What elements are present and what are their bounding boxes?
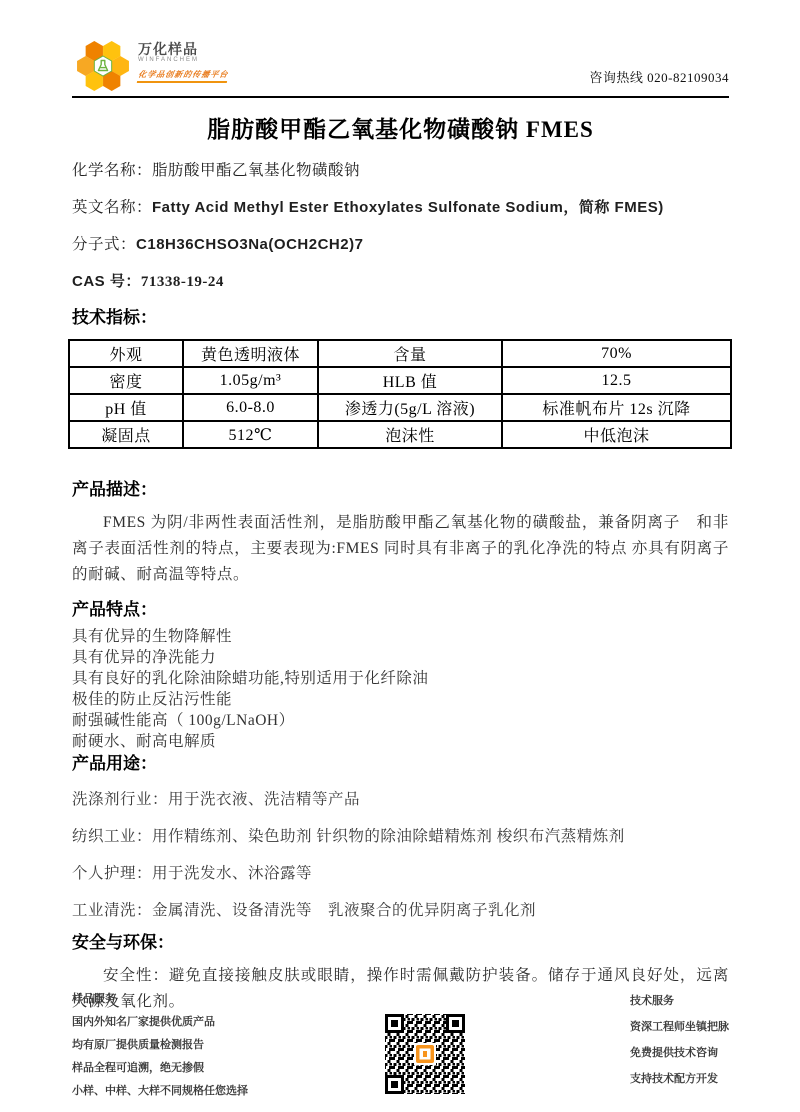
honeycomb-logo-icon: [72, 36, 134, 94]
cas-value: 71338-19-24: [141, 274, 224, 290]
spec-cell: HLB 值: [318, 367, 502, 394]
brand-slogan: 化学品创新的传播平台: [137, 69, 229, 83]
page-header: 万化样品 WINFANCHEM 化学品创新的传播平台 咨询热线 020-8210…: [72, 0, 729, 98]
spec-cell: 512℃: [183, 421, 318, 448]
spec-cell: 泡沫性: [318, 421, 502, 448]
document-page: 万化样品 WINFANCHEM 化学品创新的传播平台 咨询热线 020-8210…: [0, 0, 800, 1112]
spec-cell: pH 值: [69, 394, 183, 421]
feature-item: 具有优异的净洗能力: [72, 647, 729, 668]
cas-label: CAS 号：: [72, 273, 141, 290]
qr-finder-bottomleft: [385, 1075, 404, 1094]
chemical-name-label: 化学名称：: [72, 162, 152, 179]
qr-finder-topleft: [385, 1014, 404, 1033]
safety-heading: 安全与环保：: [72, 931, 729, 955]
sample-service-item: 小样、中样、大样不同规格任您选择: [72, 1080, 248, 1103]
qr-finder-topright: [446, 1014, 465, 1033]
application-item: 洗涤剂行业：用于洗衣液、洗洁精等产品: [72, 789, 729, 810]
sample-service-item: 国内外知名厂家提供优质产品: [72, 1011, 248, 1034]
feature-item: 具有优异的生物降解性: [72, 626, 729, 647]
sample-service-item: 均有原厂提供质量检测报告: [72, 1034, 248, 1057]
features-list: 具有优异的生物降解性 具有优异的净洗能力 具有良好的乳化除油除蜡功能,特别适用于…: [72, 626, 729, 752]
spec-cell: 12.5: [502, 367, 731, 394]
feature-item: 具有良好的乳化除油除蜡功能,特别适用于化纤除油: [72, 668, 729, 689]
table-row: pH 值 6.0-8.0 渗透力(5g/L 溶液) 标准帆布片 12s 沉降: [69, 394, 731, 421]
tech-service-item: 资深工程师坐镇把脉: [630, 1014, 729, 1040]
english-name-label: 英文名称：: [72, 199, 152, 216]
chemical-name-line: 化学名称：脂肪酸甲酯乙氧基化物磺酸钠: [72, 160, 729, 181]
brand-name: 万化样品: [138, 42, 228, 57]
features-heading: 产品特点：: [72, 598, 729, 622]
tech-service-block: 技术服务 资深工程师坐镇把脉 免费提供技术咨询 支持技术配方开发: [630, 988, 729, 1092]
formula-line: 分子式：C18H36CHSO3Na(OCH2CH2)7: [72, 234, 729, 255]
formula-label: 分子式：: [72, 236, 136, 253]
description-paragraph: FMES 为阴/非两性表面活性剂，是脂肪酸甲酯乙氧基化物的磺酸盐，兼备阴离子 和…: [72, 510, 729, 588]
applications-heading: 产品用途：: [72, 752, 729, 776]
tech-service-title: 技术服务: [630, 988, 729, 1014]
feature-item: 耐强碱性能高（ 100g/LNaOH）: [72, 710, 729, 731]
application-item: 工业清洗：金属清洗、设备清洗等 乳液聚合的优异阴离子乳化剂: [72, 900, 729, 921]
spec-cell: 渗透力(5g/L 溶液): [318, 394, 502, 421]
chemical-name-value: 脂肪酸甲酯乙氧基化物磺酸钠: [152, 162, 360, 179]
qr-code: [383, 1012, 467, 1096]
spec-cell: 中低泡沫: [502, 421, 731, 448]
description-heading: 产品描述：: [72, 478, 729, 502]
hotline-text: 咨询热线 020-82109034: [589, 67, 729, 94]
page-title: 脂肪酸甲酯乙氧基化物磺酸钠 FMES: [72, 111, 729, 144]
tech-service-item: 支持技术配方开发: [630, 1066, 729, 1092]
sample-service-title: 样品服务: [72, 988, 248, 1011]
spec-cell: 含量: [318, 340, 502, 367]
feature-item: 极佳的防止反沾污性能: [72, 689, 729, 710]
brand-name-en: WINFANCHEM: [138, 57, 228, 64]
tech-spec-heading: 技术指标：: [72, 306, 729, 330]
spec-cell: 密度: [69, 367, 183, 394]
table-row: 外观 黄色透明液体 含量 70%: [69, 340, 731, 367]
table-row: 凝固点 512℃ 泡沫性 中低泡沫: [69, 421, 731, 448]
spec-cell: 6.0-8.0: [183, 394, 318, 421]
spec-cell: 黄色透明液体: [183, 340, 318, 367]
application-item: 个人护理：用于洗发水、沐浴露等: [72, 863, 729, 884]
application-item: 纺织工业：用作精练剂、染色助剂 针织物的除油除蜡精炼剂 梭织布汽蒸精炼剂: [72, 826, 729, 847]
spec-cell: 外观: [69, 340, 183, 367]
tech-spec-table: 外观 黄色透明液体 含量 70% 密度 1.05g/m³ HLB 值 12.5 …: [68, 339, 732, 449]
spec-cell: 70%: [502, 340, 731, 367]
english-name-line: 英文名称：Fatty Acid Methyl Ester Ethoxylates…: [72, 197, 729, 218]
feature-item: 耐硬水、耐高电解质: [72, 731, 729, 752]
spec-cell: 1.05g/m³: [183, 367, 318, 394]
logo-text: 万化样品 WINFANCHEM 化学品创新的传播平台: [138, 42, 228, 89]
english-name-value: Fatty Acid Methyl Ester Ethoxylates Sulf…: [152, 199, 664, 216]
spec-cell: 标准帆布片 12s 沉降: [502, 394, 731, 421]
tech-service-item: 免费提供技术咨询: [630, 1040, 729, 1066]
formula-value: C18H36CHSO3Na(OCH2CH2)7: [136, 236, 363, 253]
qr-center-logo: [414, 1043, 436, 1065]
company-logo: 万化样品 WINFANCHEM 化学品创新的传播平台: [72, 36, 228, 94]
table-row: 密度 1.05g/m³ HLB 值 12.5: [69, 367, 731, 394]
sample-service-item: 样品全程可追溯，绝无掺假: [72, 1057, 248, 1080]
sample-service-block: 样品服务 国内外知名厂家提供优质产品 均有原厂提供质量检测报告 样品全程可追溯，…: [72, 988, 248, 1103]
spec-cell: 凝固点: [69, 421, 183, 448]
cas-line: CAS 号：71338-19-24: [72, 271, 729, 293]
